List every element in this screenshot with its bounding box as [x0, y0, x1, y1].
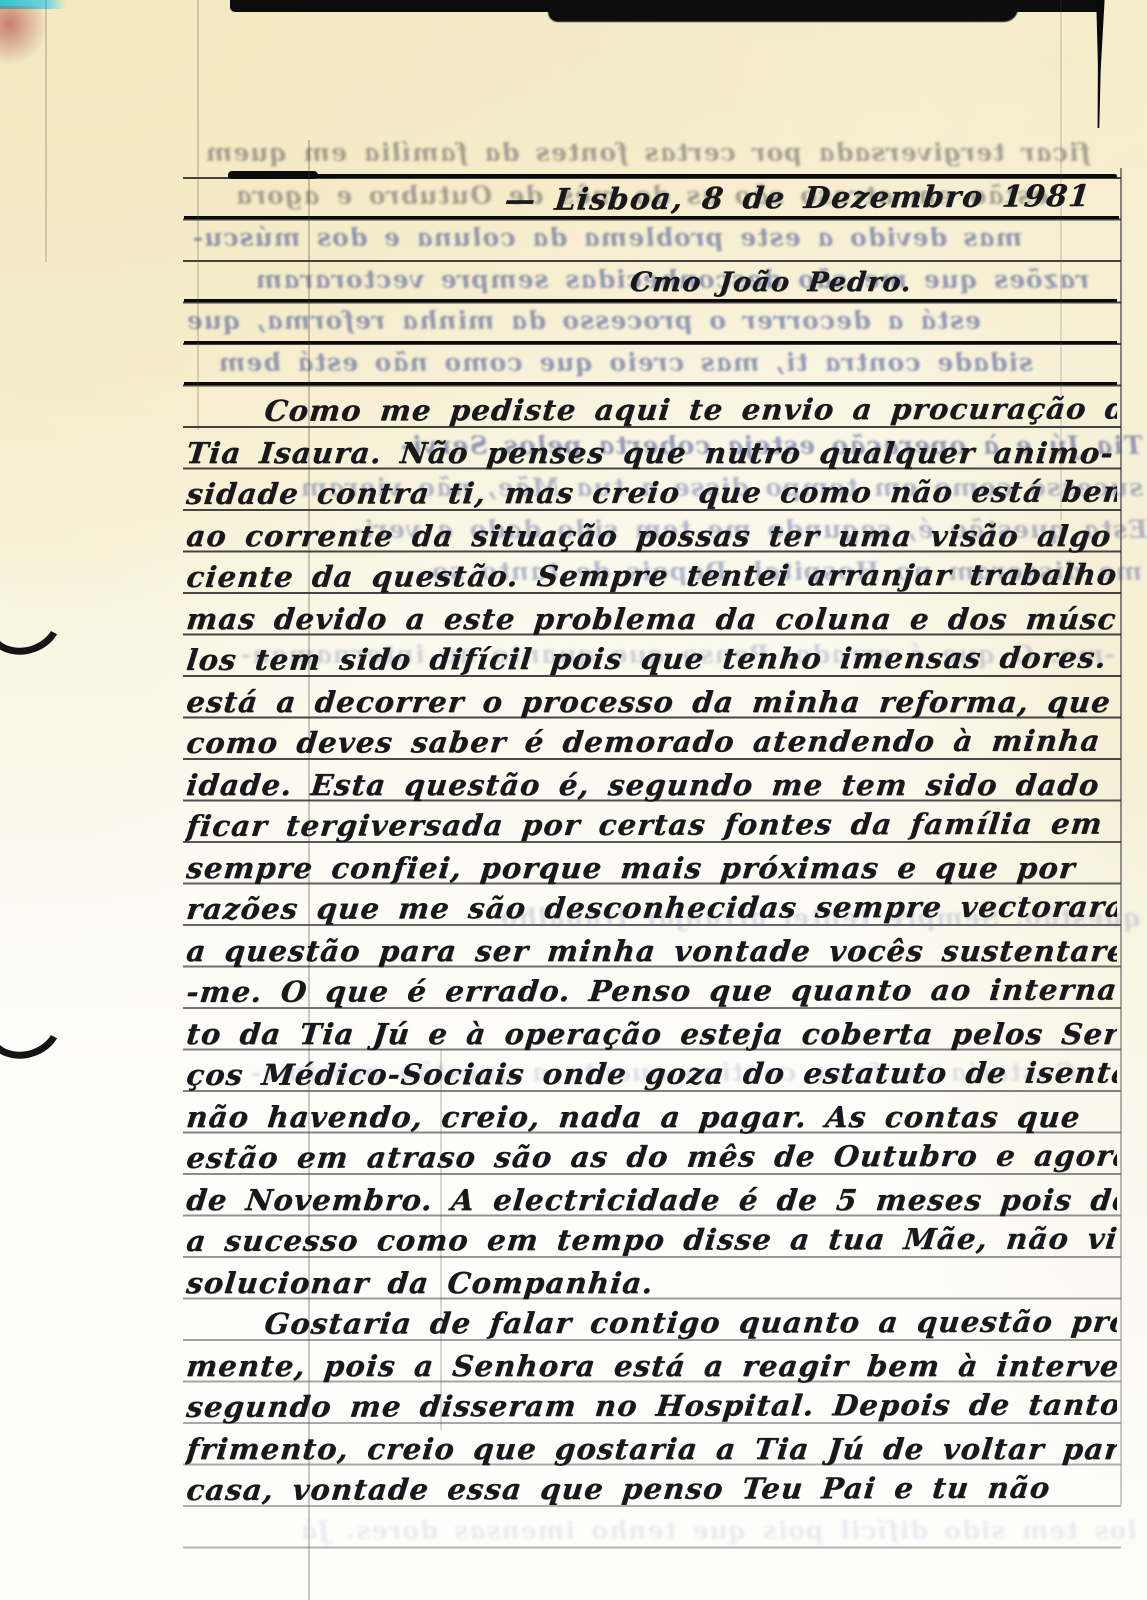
handwritten-line: frimento, creio que gostaria a Tia Jú de… [185, 1429, 1117, 1471]
handwritten-line: ciente da questão. Sempre tentei arranja… [185, 555, 1117, 599]
scan-artifact-top-blob [548, 0, 1018, 22]
handwritten-line: razões que me são desconhecidas sempre v… [185, 887, 1117, 931]
handwritten-line: sempre confiei, porque mais próximas e q… [185, 848, 1117, 890]
paper-stain [0, 6, 48, 66]
handwritten-line: casa, vontade essa que penso Teu Pai e t… [185, 1468, 1117, 1505]
handwritten-line: mente, pois a Senhora está a reagir bem … [185, 1346, 1117, 1388]
handwritten-line: como deves saber é demorado atendendo à … [185, 721, 1117, 765]
handwritten-line: a sucesso como em tempo disse a tua Mãe,… [185, 1219, 1117, 1263]
handwritten-line: a questão para ser minha vontade vocês s… [185, 931, 1117, 973]
handwritten-line: los tem sido difícil pois que tenho imen… [185, 638, 1117, 682]
scanned-letter-page: ficar tergiversada por certas fontes da … [0, 0, 1147, 1600]
salutation: Cmo João Pedro. [628, 267, 913, 298]
handwritten-line: ços Médico-Sociais onde goza do estatuto… [185, 1053, 1117, 1097]
handwritten-line: -me. O que é errado. Penso que quanto ao… [185, 970, 1117, 1014]
fold-crease [45, 0, 47, 262]
handwritten-line: solucionar da Companhia. [185, 1263, 1117, 1305]
handwritten-line: Gostaria de falar contigo quanto a quest… [185, 1302, 1117, 1346]
handwritten-line: de Novembro. A electricidade é de 5 mese… [185, 1180, 1117, 1222]
date-line: — Lisboa, 8 de Dezembro 1981 [503, 179, 1092, 218]
handwritten-line: ficar tergiversada por certas fontes da … [185, 804, 1117, 848]
handwritten-line: estão em atraso são as do mês de Outubro… [185, 1136, 1117, 1180]
fold-crease [197, 0, 199, 430]
handwritten-line: está a decorrer o processo da minha refo… [185, 682, 1117, 724]
handwritten-line: idade. Esta questão é, segundo me tem si… [185, 765, 1117, 807]
handwritten-line: Como me pediste aqui te envio a procuraç… [185, 389, 1117, 433]
handwritten-line: segundo me disseram no Hospital. Depois … [185, 1385, 1117, 1429]
handwritten-line: to da Tia Jú e à operação esteja coberta… [185, 1014, 1117, 1056]
handwritten-line: ao corrente da situação possas ter uma v… [185, 516, 1117, 558]
letter-body: Como me pediste aqui te envio a procuraç… [185, 384, 1117, 1505]
handwritten-line: Tia Isaura. Não penses que nutro qualque… [185, 433, 1117, 475]
handwritten-line: não havendo, creio, nada a pagar. As con… [185, 1097, 1117, 1139]
handwritten-line: sidade contra ti, mas creio que como não… [185, 472, 1117, 516]
handwritten-line: mas devido a este problema da coluna e d… [185, 599, 1117, 641]
